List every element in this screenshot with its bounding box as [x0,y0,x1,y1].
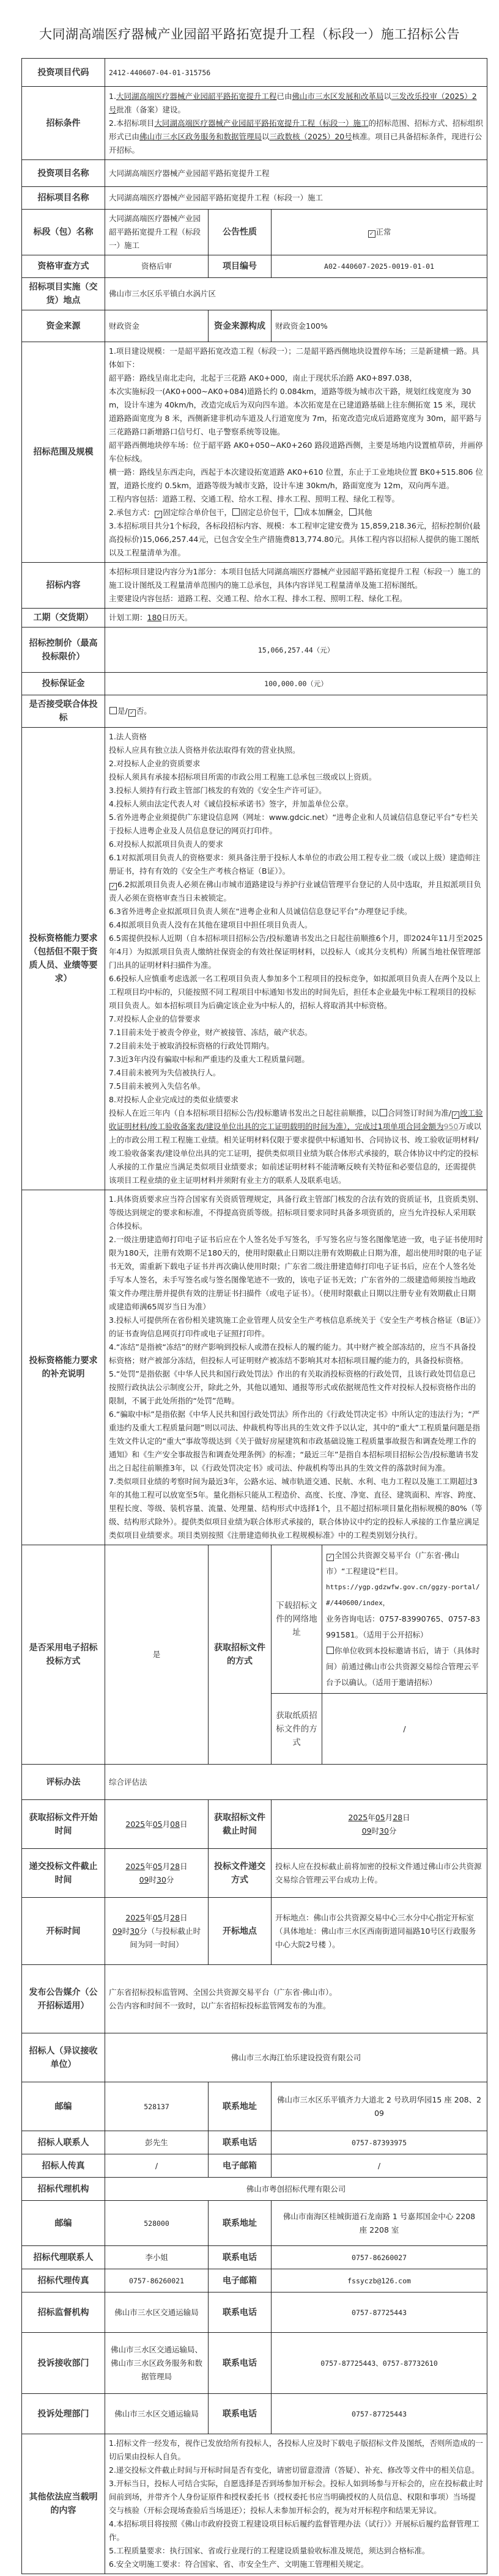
obtain-method-label: 获取招标文件的方式 [209,1545,272,1765]
qual-req-item: 7.5目前未被列入失信名单。 [109,1080,483,1093]
time-minute: 30 [130,1927,139,1936]
row-tender-name: 招标项目名称 大同湖高端医疗器械产业园韶平路拓宽提升工程（标段一）施工 [22,187,487,210]
perf-text: 完成过1项单项合同金额为 [355,1122,443,1131]
performance-requirement: 投标人在近三年内（自本招标项目招标公告/投标邀请书发出之日起往前顺推，以合同签订… [109,1107,483,1187]
agency-phone-value: 0757-86260027 [272,2246,487,2269]
row-funding: 资金来源 财政资金 资金来源构成 财政资金100% [22,310,487,342]
other-value: 1.招标文件一经发布，视作已发放给所有投标人，各投标人应及时下载电子版招标文件及… [105,2434,487,2574]
qual-req-item: 5.省外进粤企业须提供广东建设信息网（网址：www.gdcic.net）“进粤企… [109,811,483,838]
project-code-label: 投资项目代码 [22,59,105,87]
row-qualification-requirements: 投标资格能力要求（包括但不限于资质人员、业绩等要求） 1.法人资格 投标人应具有… [22,728,487,1190]
other-paragraph: 3.开标当日，投标人可结合实际，自愿选择是否到场参加开标会。投标人如到场参与开标… [109,2477,483,2517]
control-price-value: 15,066,257.44（元） [105,628,487,673]
perf-text: 投标人在近三年内（自本招标项目招标公告/投标邀请书发出之日起往前顺推，以 [109,1108,379,1118]
qual-req-item-text: 6.2拟派项目负责人必须在佛山市城市道路建设与养护行业诚信管理平台登记的人员中选… [109,880,481,902]
agency-fax-value: 0757-86260021 [105,2269,209,2292]
paper-docs-label: 获取纸质招标文件的方式 [272,1694,322,1765]
duration-days: 180 [147,613,162,622]
qual-supp-paragraph: 4.“冻结”是指被“冻结”的财产影响到投标人或潜在投标人的履约能力。其中财产被全… [109,1341,483,1367]
media-label: 发布公告媒介（公开招标适用） [22,1965,105,2033]
tenderer-email-label: 电子邮箱 [209,2154,272,2178]
row-tenderer: 招标人（异议接收单位） 佛山市三水海江怡乐建设投资有限公司 [22,2033,487,2082]
checkbox-checked-icon [128,709,136,717]
qual-req-item: 7.1目前未处于被责令停业，财产被接管、冻结，破产状态。 [109,1026,483,1039]
row-agency-postal: 邮编 528000 联系地址 佛山市南海区桂城街道石龙南路 1 号嘉邦国金中心 … [22,2201,487,2246]
media-line: 广东省招标投标监管网、全国公共资源交易平台（广东省·佛山市）。 [109,1986,483,1999]
checkbox-checked-icon [155,511,162,518]
notice-nature-text: 正常 [376,227,391,236]
checkbox-empty-icon [295,508,302,516]
row-control-price: 招标控制价（最高投标限价） 15,066,257.44（元） [22,628,487,673]
tenderer-address-label: 联系地址 [209,2082,272,2131]
content-label: 招标内容 [22,563,105,609]
agency-postal-label: 邮编 [22,2201,105,2246]
qual-supp-paragraph: 6.“骗取中标”是指依据《中华人民共和国行政处罚法》所作出的《行政处罚决定书》中… [109,1408,483,1475]
deposit-value: 100,000.00（元） [105,673,487,695]
obtain-end-value: 2025年05月28日 09时30分 [272,1800,487,1849]
time-hour: 09 [362,1826,372,1835]
agency-address-label: 联系地址 [209,2201,272,2246]
row-tender-content: 招标内容 本招标项目建设内容分为1部分：本项目包括大同湖高端医疗器械产业园韶平路… [22,563,487,609]
row-deposit: 投标保证金 100,000.00（元） [22,673,487,695]
complaint-handle-phone-label: 联系电话 [209,2394,272,2434]
qualification-value: 资格后审 [105,255,209,278]
scope-paragraph: 韶平路西侧地块停车场：位于韶平路 AK0+050~AK0+260 路段道路西侧，… [109,439,483,466]
date-year: 2025 [125,1913,145,1922]
tenderer-fax-label: 招标人传真 [22,2154,105,2178]
section-name-value: 大同湖高端医疗器械产业园韶平路拓宽提升工程（标段一）施工 [105,210,209,255]
date-day: 28 [170,1913,180,1922]
paper-docs-value: / [322,1694,487,1765]
row-electronic-bidding: 是否采用电子招标投标方式 是 获取招标文件的方式 下载招标文件的网络地址 全国公… [22,1545,487,1694]
date-month: 05 [153,1913,163,1922]
tenderer-value: 佛山市三水海江怡乐建设投资有限公司 [105,2033,487,2082]
cond-p1-tail: 批准（备案）建设。 [117,105,186,114]
row-other-content: 其他依法应当载明的内容 1.招标文件一经发布，视作已发放给所有投标人，各投标人应… [22,2434,487,2574]
row-location: 招标项目实施（交货）地点 佛山市三水区乐平镇白水涡片区 [22,278,487,310]
time-minute: 30 [157,1875,166,1884]
submit-deadline-label: 递交投标文件截止时间 [22,1849,105,1898]
consortium-label: 是否接受联合体投标 [22,695,105,728]
qual-req-item: 投标人应具有独立法人资格并依法取得有效的营业执照。 [109,744,483,757]
tenderer-phone-label: 联系电话 [209,2131,272,2154]
checkbox-checked-icon [368,230,375,238]
other-paragraph: 4.本招标项目将按照《佛山市政府投资工程建设项目标后履约监督管理办法（试行）》开… [109,2517,483,2544]
complaint-handle-value: 佛山市三水区交通运输局 [105,2394,209,2434]
contract-method-label: 2.承包方式： [109,508,154,517]
checkbox-empty-icon [380,1109,387,1116]
consortium-value: 是/否。 [105,695,487,728]
perf-option: 合同签订时间为准/ [388,1108,451,1118]
qual-supp-value: 1.具体资质要求应当符合国家有关资质管理规定，具备行政主管部门核发的合法有效的资… [105,1190,487,1545]
qual-supp-label: 投标资格能力要求的补充说明 [22,1190,105,1545]
investment-name-label: 投资项目名称 [22,160,105,187]
electronic-label: 是否采用电子招标投标方式 [22,1545,105,1765]
submit-deadline-value: 2025年05月28日 09时30分 [105,1849,209,1898]
row-agency-fax: 招标代理传真 0757-86260021 电子邮箱 fssyczb@126.co… [22,2269,487,2292]
date-day: 08 [170,1820,180,1829]
qual-req-item: 6.对投标人拟派项目负责人的要求 [109,838,483,851]
row-supervision: 招标监督机构 佛山市三水区交通运输局 联系电话 0757-87725443 [22,2292,487,2333]
obtain-end-label: 获取招标文件截止时间 [209,1800,272,1849]
checkbox-empty-icon [109,707,117,714]
checkbox-empty-icon [232,508,240,516]
opening-time-note: （与投标截止时间为同一时间） [130,1927,201,1949]
tender-name-label: 招标项目名称 [22,187,105,210]
qual-req-item: 投标人须具有承接本招标项目所需的市政公用工程施工总承包三级或以上资质。 [109,770,483,784]
qual-req-item: 7.2目前未处于被取消投标资格的行政处罚期内。 [109,1039,483,1053]
qual-supp-paragraph: 7.类似项目业绩的考察时间为最近3年，公路水运、城市轨道交通、民航、水利、电力工… [109,1475,483,1542]
cond-p1-prefix: 1. [109,92,116,101]
investment-name-value: 大同湖高端医疗器械产业园韶平路拓宽提升工程 [105,160,487,187]
location-value: 佛山市三水区乐平镇白水涡片区 [105,278,487,310]
row-evaluation: 评标办法 综合评估法 [22,1765,487,1800]
other-paragraph: 6.安全文明施工要求：符合国家、省、市安全生产、文明施工管理相关规定。 [109,2558,483,2571]
duration-prefix: 计划工期： [109,613,147,622]
qual-req-item: 4.投标人须由法定代表人对《诚信投标承诺书》签字，并加盖单位公章。 [109,797,483,811]
checkbox-checked-icon [109,883,117,890]
row-project-code: 投资项目代码 2412-440607-04-01-315756 [22,59,487,87]
scope-label: 招标范围及规模 [22,342,105,563]
project-code-value: 2412-440607-04-01-315756 [105,59,487,87]
download-address-label: 下载招标文件的网络地址 [272,1545,322,1694]
date-month: 05 [375,1813,385,1822]
download-address-value: 全国公共资源交易平台（广东省·佛山市）“工程建设”栏目。 https://ygp… [322,1545,487,1694]
evaluation-label: 评标办法 [22,1765,105,1800]
complaint-recv-label: 投诉接收部门 [22,2333,105,2394]
media-line: 公告内容和时间不一致时，以广东省招标投标监管网发布的为准。 [109,1999,483,2013]
tenderer-phone-value: 0757-87393975 [272,2131,487,2154]
qual-req-item: 6.6投标人应慎重考虑选派一名工程项目负责人参加多个工程项目的投标竞争，如拟派项… [109,972,483,1012]
deposit-label: 投标保证金 [22,673,105,695]
qual-req-value: 1.法人资格 投标人应具有独立法人资格并依法取得有效的营业执照。 2.对投标人企… [105,728,487,1190]
conditions-value: 1.大同湖高端医疗器械产业园韶平路拓宽提升工程已由佛山市三水区发展和改革局以三发… [105,87,487,160]
date-month: 05 [153,1820,163,1829]
download-option-text: 你单位收到本投标邀请书后，请于（具体时间）前通过佛山市公共资源交易综合管理云平台… [326,1646,480,1687]
time-minute: 30 [379,1826,389,1835]
download-phone: 业务咨询电话：0757-83990765、0757-83991581。（适用于公… [326,1611,483,1643]
perf-amount: 950 [444,1122,459,1131]
agency-postal-value: 528000 [105,2201,209,2246]
row-tenderer-fax: 招标人传真 / 电子邮箱 / [22,2154,487,2178]
row-agency: 招标代理机构 佛山市粤创招标代理有限公司 [22,2178,487,2201]
media-value: 广东省招标投标监管网、全国公共资源交易平台（广东省·佛山市）。 公告内容和时间不… [105,1965,487,2033]
time-hour: 09 [139,1875,149,1884]
scope-paragraph: 工程内容包括：道路工程、交通工程、给水工程、排水工程、照明工程、绿化工程等。 [109,492,483,506]
download-option-2: 你单位收到本投标邀请书后，请于（具体时间）前通过佛山市公共资源交易综合管理云平台… [326,1643,483,1691]
conditions-label: 招标条件 [22,87,105,160]
perf-text: 万或以上的市政公用工程工程施工业绩。相关证明材料仅限于要求提供中标通知书、合同协… [109,1122,481,1185]
tender-notice-table: 投资项目代码 2412-440607-04-01-315756 招标条件 1.大… [21,58,487,2574]
row-qualification-review: 资格审查方式 资格后审 项目编号 A02-440607-2025-0019-01… [22,255,487,278]
row-duration: 工期（交货期） 计划工期：180日历天。 [22,609,487,628]
funding-structure-label: 资金来源构成 [209,310,272,342]
agency-contact-label: 招标代理联系人 [22,2246,105,2269]
complaint-recv-phone-label: 联系电话 [209,2333,272,2394]
duration-value: 计划工期：180日历天。 [105,609,487,628]
checkbox-checked-icon [327,1554,334,1561]
scope-paragraph: 3.本招标项目共分1个标段，各标段招标内容、规模：本工程审定建安费为 15,85… [109,519,483,560]
row-section-name: 标段（包）名称 大同湖高端医疗器械产业园韶平路拓宽提升工程（标段一）施工 公告性… [22,210,487,255]
other-paragraph: 2.递交投标文件截止时间与开标时间是否有变化，请密切留意澄清（答疑）、补充、修改… [109,2464,483,2477]
project-number-label: 项目编号 [209,255,272,278]
funding-value: 财政资金 [105,310,209,342]
qual-req-item: 7.3近3年内没有骗取中标和严重违约及重大工程质量问题。 [109,1053,483,1066]
location-label: 招标项目实施（交货）地点 [22,278,105,310]
row-scope: 招标范围及规模 1.项目建设规模：一是韶平路拓宽改造工程（标段一）；二是韶平路西… [22,342,487,563]
notice-nature-label: 公告性质 [209,210,272,255]
tenderer-label: 招标人（异议接收单位） [22,2033,105,2082]
qual-req-item: 8.对投标人企业完成过的类似业绩要求 [109,1093,483,1107]
tenderer-contact-value: 彭先生 [105,2131,209,2154]
complaint-recv-value: 佛山市三水区交通运输局、佛山市三水区政务服务和数据管理局 [105,2333,209,2394]
qual-req-item: 6.1对拟派项目负责人的资格要求：须具备注册于投标人本单位的市政公用工程专业二级… [109,851,483,878]
scope-paragraph: 本次实施标段一(AK0+000~AK0+084)道路长约 0.084km，道路等… [109,385,483,439]
opening-place-value: 开标地点：佛山市公共资源交易中心三水分中心指定开标室（具体地址：佛山市三水区西南… [272,1898,487,1965]
electronic-value: 是 [105,1545,209,1765]
contract-option: 其他 [357,508,372,517]
row-obtain-time: 获取招标文件开始时间 2025年05月08日 获取招标文件截止时间 2025年0… [22,1800,487,1849]
content-value: 本招标项目建设内容分为1部分：本项目包括大同湖高端医疗器械产业园韶平路拓宽提升工… [105,563,487,609]
duration-label: 工期（交货期） [22,609,105,628]
section-name-label: 标段（包）名称 [22,210,105,255]
complaint-recv-phone-value: 0757-87725443、0757-87732610 [272,2333,487,2394]
qual-supp-paragraph: 3.投标人可提供所在省份相关建筑施工企业管理人员安全生产考核信息系统关于《安全生… [109,1314,483,1341]
qual-req-item: 1.法人资格 [109,730,483,744]
qual-req-item: 6.3省外进粤企业拟派项目负责人须在“进粤企业和人员诚信信息登记平台”办理登记手… [109,905,483,918]
row-complaint-handling: 投诉处理部门 佛山市三水区交通运输局 联系电话 0757-87725443 [22,2394,487,2434]
duration-suffix: 日历天。 [161,613,192,622]
scope-paragraph: 韶平路：路线呈南北走向，北起于三花路 AK0+000，南止于现状乐冶路 AK0+… [109,371,483,385]
qual-req-item: 2.对投标人企业的资质要求 [109,757,483,770]
qual-req-item: 7.对投标人企业的信誉要求 [109,1012,483,1026]
cond-p1-authority: 佛山市三水区发展和改革局 [292,92,383,101]
row-tenderer-contact: 招标人联系人 彭先生 联系电话 0757-87393975 [22,2131,487,2154]
cond-p2-mid2: 以 [262,132,270,141]
tenderer-postal-value: 528137 [105,2082,209,2131]
agency-fax-label: 招标代理传真 [22,2269,105,2292]
tenderer-postal-label: 邮编 [22,2082,105,2131]
scope-value: 1.项目建设规模：一是韶平路拓宽改造工程（标段一）；二是韶平路西侧地块设置停车场… [105,342,487,563]
qual-supp-paragraph: 5.“处罚”是指依据《中华人民共和国行政处罚法》作出的有关取消投标资格的行政处罚… [109,1367,483,1408]
funding-label: 资金来源 [22,310,105,342]
agency-email-value[interactable]: fssyczb@126.com [272,2269,487,2292]
contract-method: 2.承包方式：固定综合单价包干，固定总价包干，成本加酬金，其他 [109,506,483,519]
complaint-handle-label: 投诉处理部门 [22,2394,105,2434]
cond-p2-prefix: 2.本招标项目 [109,119,154,128]
tenderer-fax-value: / [105,2154,209,2178]
checkbox-empty-icon [349,508,357,516]
complaint-handle-phone-value: 0757-87725443 [272,2394,487,2434]
agency-contact-value: 李小姐 [105,2246,209,2269]
agency-phone-label: 联系电话 [209,2246,272,2269]
cond-p1-project: 大同湖高端医疗器械产业园韶平路拓宽提升工程 [116,92,277,101]
qual-supp-paragraph: 1.具体资质要求应当符合国家有关资质管理规定，具备行政主管部门核发的合法有效的资… [109,1193,483,1233]
supervision-value: 佛山市三水区交通运输局 [105,2292,209,2333]
funding-structure-value: 财政资金100% [272,310,487,342]
row-tender-conditions: 招标条件 1.大同湖高端医疗器械产业园韶平路拓宽提升工程已由佛山市三水区发展和改… [22,87,487,160]
consortium-yes: 是 [117,706,125,715]
download-url-link[interactable]: https://ygp.gdzwfw.gov.cn/ggzy-portal/#/… [326,1579,483,1611]
control-price-label: 招标控制价（最高投标限价） [22,628,105,673]
cond-p1-mid2: 以 [383,92,391,101]
opening-time-value: 2025年05月28日 09时30分（与投标截止时间为同一时间） [105,1898,209,1965]
tenderer-contact-label: 招标人联系人 [22,2131,105,2154]
checkbox-empty-icon [327,1647,334,1654]
scope-paragraph: 横一路：路线呈东西走向，西起于本次建设拓宽道路 AK0+610 位置，东止于工业… [109,466,483,492]
download-option-1: 全国公共资源交易平台（广东省·佛山市）“工程建设”栏目。 [326,1548,483,1579]
date-day: 28 [170,1862,180,1871]
notice-nature-value: 正常 [272,210,487,255]
qual-supp-paragraph: 2.一级注册建造师打印电子证书后应在个人签名处手写签名，手写签名应与签名图像笔迹… [109,1233,483,1314]
project-number-value: A02-440607-2025-0019-01-01 [272,255,487,278]
row-opening: 开标时间 2025年05月28日 09时30分（与投标截止时间为同一时间） 开标… [22,1898,487,1965]
qual-req-item: 6.4拟派项目负责人没有在其他在建项目中担任项目负责人。 [109,918,483,932]
row-complaint-receiving: 投诉接收部门 佛山市三水区交通运输局、佛山市三水区政务服务和数据管理局 联系电话… [22,2333,487,2394]
tender-name-value: 大同湖高端医疗器械产业园韶平路拓宽提升工程（标段一）施工 [105,187,487,210]
row-investment-name: 投资项目名称 大同湖高端医疗器械产业园韶平路拓宽提升工程 [22,160,487,187]
obtain-start-value: 2025年05月08日 [105,1800,209,1849]
checkbox-checked-icon [452,1111,459,1119]
other-paragraph: 1.招标文件一经发布，视作已发放给所有投标人，各投标人应及时下载电子版招标文件及… [109,2437,483,2464]
qual-req-item: 6.5需提供投标人近期（自本招标项目招标公告/投标邀请书发出之日起往前顺推6个月… [109,932,483,972]
page-title: 大同湖高端医疗器械产业园韶平路拓宽提升工程（标段一）施工招标公告 [0,0,499,49]
agency-address-line: 佛山市南海区桂城街道石龙南路 1 号嘉邦国金中心 2208 [275,2210,483,2223]
supervision-phone-value: 0757-87725443 [272,2292,487,2333]
supervision-phone-label: 联系电话 [209,2292,272,2333]
cond-p2-authority: 佛山市三水区政务服务和数据管理局 [139,132,262,141]
download-option-text: 全国公共资源交易平台（广东省·佛山市）“工程建设”栏目。 [326,1551,459,1576]
row-tenderer-postal: 邮编 528137 联系地址 佛山市三水区乐平镇齐力大道北 2 号玖玥华园15 … [22,2082,487,2131]
evaluation-value: 综合评估法 [105,1765,487,1800]
agency-value: 佛山市粤创招标代理有限公司 [105,2178,487,2201]
submit-method-value: 投标人应在投标截止前将加密的投标文件通过佛山市公共资源交易综合管理云平台成功上传… [272,1849,487,1898]
qual-req-item: 3.投标人须持有行政主管部门核发的有效的《安全生产许可证》。 [109,784,483,797]
date-month: 05 [153,1862,163,1871]
row-qualification-supplement: 投标资格能力要求的补充说明 1.具体资质要求应当符合国家有关资质管理规定，具备行… [22,1190,487,1545]
row-submit: 递交投标文件截止时间 2025年05月28日 09时30分 投标文件递交方式 投… [22,1849,487,1898]
supervision-label: 招标监督机构 [22,2292,105,2333]
opening-time-label: 开标时间 [22,1898,105,1965]
agency-address-value: 佛山市南海区桂城街道石龙南路 1 号嘉邦国金中心 2208 座 2208 室 [272,2201,487,2246]
cond-p1-mid: 已由 [276,92,292,101]
content-paragraph: 本招标项目建设内容分为1部分：本项目包括大同湖高端医疗器械产业园韶平路拓宽提升工… [109,565,483,592]
tenderer-address-value: 佛山市三水区乐平镇齐力大道北 2 号玖玥华园15 座 208、209 [272,2082,487,2131]
opening-place-label: 开标地点 [209,1898,272,1965]
contract-option: 固定综合单价包干 [163,508,224,517]
consortium-no: 否。 [136,706,152,715]
tenderer-email-value: / [272,2154,487,2178]
row-consortium: 是否接受联合体投标 是/否。 [22,695,487,728]
date-year: 2025 [348,1813,368,1822]
qualification-label: 资格审查方式 [22,255,105,278]
date-year: 2025 [125,1862,145,1871]
other-label: 其他依法应当载明的内容 [22,2434,105,2574]
row-agency-contact: 招标代理联系人 李小姐 联系电话 0757-86260027 [22,2246,487,2269]
cond-p2-project: 大同湖高端医疗器械产业园韶平路拓宽提升工程（标段一）施工 [154,119,368,128]
qual-req-item-6-2: 6.2拟派项目负责人必须在佛山市城市道路建设与养护行业诚信管理平台登记的人员中选… [109,878,483,905]
submit-method-label: 投标文件递交方式 [209,1849,272,1898]
scope-paragraph: 1.项目建设规模：一是韶平路拓宽改造工程（标段一）；二是韶平路西侧地块设置停车场… [109,345,483,371]
agency-label: 招标代理机构 [22,2178,105,2201]
qual-req-label: 投标资格能力要求（包括但不限于资质人员、业绩等要求） [22,728,105,1190]
contract-option: 固定总价包干 [240,508,286,517]
row-media: 发布公告媒介（公开招标适用） 广东省招标投标监管网、全国公共资源交易平台（广东省… [22,1965,487,2033]
qual-req-item: 7.4目前未被列为失信被执行人。 [109,1066,483,1080]
agency-email-label: 电子邮箱 [209,2269,272,2292]
cond-p2-doc: 三政数核（2025）20号 [270,132,352,141]
time-hour: 09 [113,1927,122,1936]
agency-address-line: 座 2208 室 [275,2223,483,2237]
other-paragraph: 5.工程质量要求：执行国家、省或行业现行的工程建设质量验收标准及规范，须达到合格… [109,2544,483,2558]
content-paragraph: 主要建设内容包括：道路工程、交通工程、给水工程、排水工程、照明工程、绿化工程。 [109,592,483,606]
date-day: 28 [393,1813,402,1822]
contract-option: 成本加酬金 [303,508,341,517]
date-year: 2025 [125,1820,145,1829]
obtain-start-label: 获取招标文件开始时间 [22,1800,105,1849]
